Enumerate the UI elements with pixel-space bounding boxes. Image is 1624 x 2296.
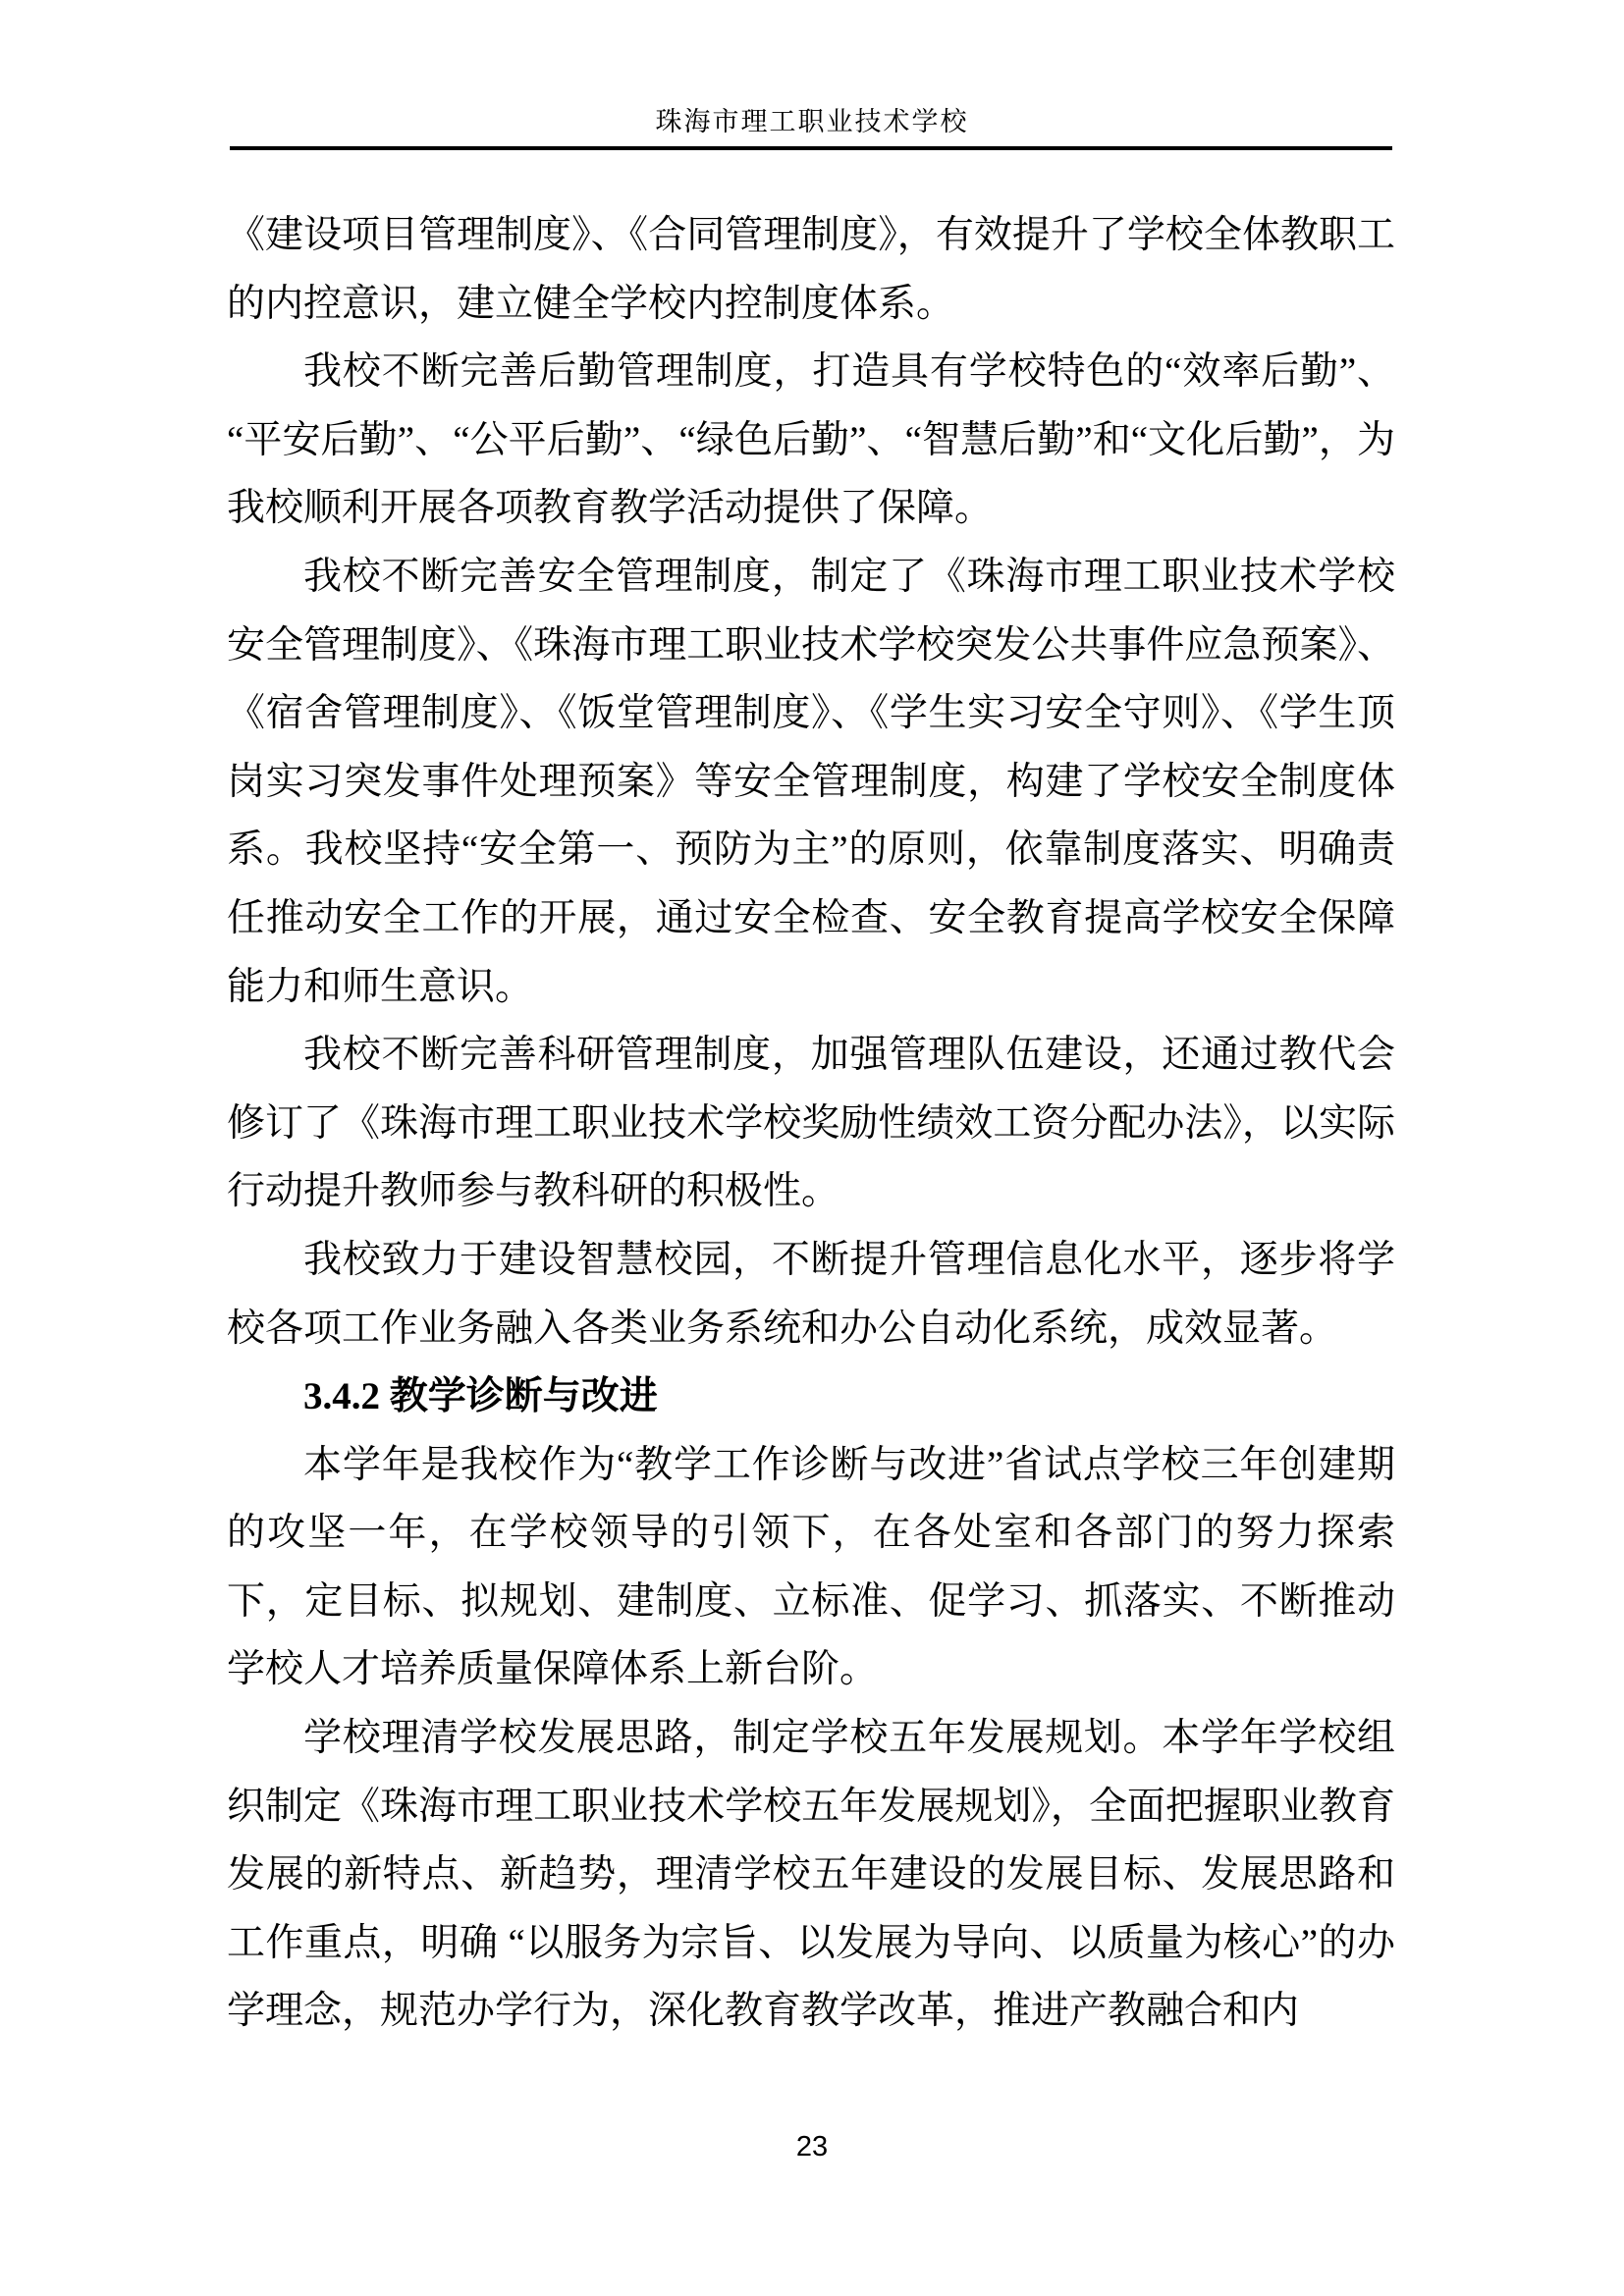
paragraph: 本学年是我校作为“教学工作诊断与改进”省试点学校三年创建期的攻坚一年，在学校领导… xyxy=(227,1431,1395,1704)
page-header-title: 珠海市理工职业技术学校 xyxy=(656,102,969,141)
paragraph: 我校致力于建设智慧校园，不断提升管理信息化水平，逐步将学校各项工作业务融入各类业… xyxy=(227,1226,1395,1362)
page-number: 23 xyxy=(796,2130,828,2163)
page-footer: 23 xyxy=(0,2130,1624,2163)
paragraph: 学校理清学校发展思路，制定学校五年发展规划。本学年学校组织制定《珠海市理工职业技… xyxy=(227,1704,1395,2046)
paragraph: 我校不断完善安全管理制度，制定了《珠海市理工职业技术学校安全管理制度》、《珠海市… xyxy=(227,543,1395,1021)
document-body: 《建设项目管理制度》、《合同管理制度》，有效提升了学校全体教职工的内控意识，建立… xyxy=(227,201,1395,2046)
paragraph: 我校不断完善后勤管理制度，打造具有学校特色的“效率后勤”、“平安后勤”、“公平后… xyxy=(227,338,1395,543)
paragraph: 我校不断完善科研管理制度，加强管理队伍建设，还通过教代会修订了《珠海市理工职业技… xyxy=(227,1021,1395,1226)
page-header: 珠海市理工职业技术学校 xyxy=(0,102,1624,141)
document-page: 珠海市理工职业技术学校 《建设项目管理制度》、《合同管理制度》，有效提升了学校全… xyxy=(0,0,1624,2296)
paragraph: 《建设项目管理制度》、《合同管理制度》，有效提升了学校全体教职工的内控意识，建立… xyxy=(227,201,1395,338)
header-divider xyxy=(230,146,1392,150)
section-heading: 3.4.2 教学诊断与改进 xyxy=(227,1362,1395,1431)
